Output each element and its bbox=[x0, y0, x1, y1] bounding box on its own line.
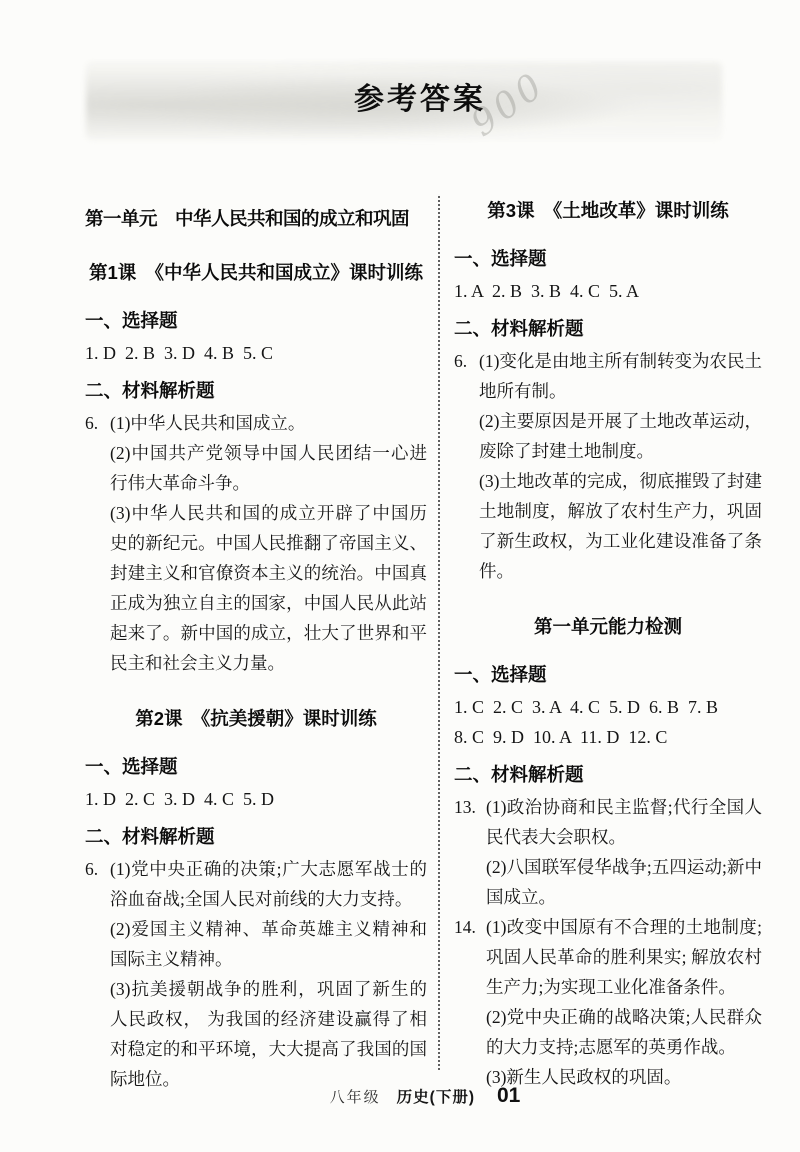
answer-paragraph: (2)八国联军侵华战争;五四运动;新中国成立。 bbox=[486, 852, 762, 912]
answer-key-page: 参考答案 900 第一单元 中华人民共和国的成立和巩固第1课 《中华人民共和国成… bbox=[0, 0, 800, 1152]
answer-paragraph: (3)土地改革的完成，彻底摧毁了封建土地制度，解放了农村生产力，巩固了新生政权，… bbox=[479, 466, 762, 586]
answer-paragraph: (3)抗美援朝战争的胜利，巩固了新生的人民政权， 为我国的经济建设赢得了相对稳定… bbox=[110, 974, 427, 1094]
answer-line: 1. D 2. B 3. D 4. B 5. C bbox=[85, 338, 427, 368]
answer-paragraph: (2)爱国主义精神、革命英雄主义精神和国际主义精神。 bbox=[110, 914, 427, 974]
unit-title: 第一单元 中华人民共和国的成立和巩固 bbox=[85, 206, 427, 232]
section-heading: 二、材料解析题 bbox=[454, 760, 762, 790]
item-number: 6. bbox=[85, 408, 98, 438]
lesson-title: 第一单元能力检测 bbox=[454, 614, 762, 640]
section-heading: 一、选择题 bbox=[454, 660, 762, 690]
section-heading: 一、选择题 bbox=[85, 752, 427, 782]
answer-paragraph: (1)中华人民共和国成立。 bbox=[110, 408, 427, 438]
answer-paragraph: (2)党中央正确的战略决策;人民群众的大力支持;志愿军的英勇作战。 bbox=[486, 1002, 762, 1062]
section-heading: 二、材料解析题 bbox=[85, 822, 427, 852]
answer-item: 13.(1)政治协商和民主监督;代行全国人民代表大会职权。(2)八国联军侵华战争… bbox=[454, 792, 762, 912]
answer-item: 6.(1)党中央正确的决策;广大志愿军战士的浴血奋战;全国人民对前线的大力支持。… bbox=[85, 854, 427, 1094]
answer-paragraph: (3)中华人民共和国的成立开辟了中国历史的新纪元。中国人民推翻了帝国主义、封建主… bbox=[110, 498, 427, 678]
item-number: 6. bbox=[85, 854, 98, 884]
left-column: 第一单元 中华人民共和国的成立和巩固第1课 《中华人民共和国成立》课时训练一、选… bbox=[85, 196, 427, 1094]
answer-paragraph: (1)改变中国原有不合理的土地制度;巩固人民革命的胜利果实; 解放农村生产力;为… bbox=[486, 912, 762, 1002]
page-footer: 八年级 历史(下册) 01 bbox=[25, 1084, 800, 1108]
section-heading: 一、选择题 bbox=[454, 244, 762, 274]
answer-item: 6.(1)中华人民共和国成立。(2)中国共产党领导中国人民团结一心进行伟大革命斗… bbox=[85, 408, 427, 678]
section-heading: 二、材料解析题 bbox=[454, 314, 762, 344]
footer-subject: 历史(下册) bbox=[397, 1085, 475, 1107]
footer-grade: 八年级 bbox=[330, 1086, 381, 1107]
item-number: 6. bbox=[454, 346, 467, 376]
answer-line: 1. C 2. C 3. A 4. C 5. D 6. B 7. B bbox=[454, 692, 762, 722]
column-divider bbox=[438, 196, 440, 1070]
section-heading: 一、选择题 bbox=[85, 306, 427, 336]
answer-line: 8. C 9. D 10. A 11. D 12. C bbox=[454, 722, 762, 752]
lesson-title: 第1课 《中华人民共和国成立》课时训练 bbox=[85, 260, 427, 286]
answer-paragraph: (1)政治协商和民主监督;代行全国人民代表大会职权。 bbox=[486, 792, 762, 852]
answer-line: 1. D 2. C 3. D 4. C 5. D bbox=[85, 784, 427, 814]
item-number: 14. bbox=[454, 912, 476, 942]
item-number: 13. bbox=[454, 792, 476, 822]
content-area: 第一单元 中华人民共和国的成立和巩固第1课 《中华人民共和国成立》课时训练一、选… bbox=[85, 196, 763, 1094]
lesson-title: 第3课 《土地改革》课时训练 bbox=[454, 198, 762, 224]
answer-line: 1. A 2. B 3. B 4. C 5. A bbox=[454, 276, 762, 306]
footer-page-number: 01 bbox=[497, 1084, 520, 1108]
page-title: 参考答案 bbox=[40, 74, 800, 118]
right-column: 第3课 《土地改革》课时训练一、选择题1. A 2. B 3. B 4. C 5… bbox=[454, 196, 762, 1092]
answer-paragraph: (1)党中央正确的决策;广大志愿军战士的浴血奋战;全国人民对前线的大力支持。 bbox=[110, 854, 427, 914]
answer-item: 14.(1)改变中国原有不合理的土地制度;巩固人民革命的胜利果实; 解放农村生产… bbox=[454, 912, 762, 1092]
answer-item: 6.(1)变化是由地主所有制转变为农民土地所有制。(2)主要原因是开展了土地改革… bbox=[454, 346, 762, 586]
answer-paragraph: (1)变化是由地主所有制转变为农民土地所有制。 bbox=[479, 346, 762, 406]
answer-paragraph: (2)中国共产党领导中国人民团结一心进行伟大革命斗争。 bbox=[110, 438, 427, 498]
lesson-title: 第2课 《抗美援朝》课时训练 bbox=[85, 706, 427, 732]
answer-paragraph: (2)主要原因是开展了土地改革运动，废除了封建土地制度。 bbox=[479, 406, 762, 466]
section-heading: 二、材料解析题 bbox=[85, 376, 427, 406]
